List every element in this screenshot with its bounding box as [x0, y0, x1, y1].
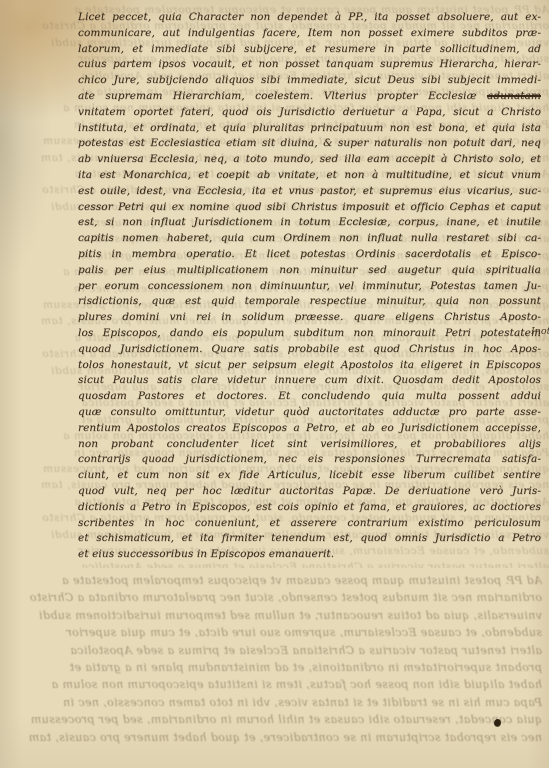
manuscript-line: quod vult, neq per hoc læditur auctorita…: [78, 484, 541, 500]
manuscript-line: plures domini vni rei in solidum præesse…: [78, 310, 541, 326]
manuscript-line: non probant concludenter licet sint veri…: [78, 437, 541, 453]
manuscript-line: ciunt, et cum non sit ex fide Articulus,…: [78, 468, 541, 484]
manuscript-line: tolos honestauit, vt sicut per seipsum e…: [78, 358, 541, 374]
manuscript-line: risdictionis, quæ est quid temporale res…: [78, 294, 541, 310]
manuscript-line: contrarijs quoad jurisdictionem, nec eis…: [78, 452, 541, 468]
manuscript-line: chico Jure, subijciendo aliquos sibi imm…: [78, 73, 541, 89]
manuscript-line: et eius successoribus in Episcopos emana…: [78, 547, 541, 563]
manuscript-line: ita est Monarchica, et coepit ab vnitate…: [78, 168, 541, 184]
manuscript-page: Ad PP. potest iniustum quam posse causam…: [0, 0, 549, 768]
bleedthrough-line: vniuersalis, quia ad totius reuocantur, …: [8, 607, 542, 624]
struck-out-word: adunatam: [487, 90, 541, 102]
manuscript-line: ate supremam Hierarchiam, coelestem. Vlt…: [78, 89, 541, 105]
bleedthrough-line: quia concedat, reseruato sibi causas et …: [8, 711, 542, 728]
manuscript-line: vnitatem oportet fateri, quod ois Jurisd…: [78, 105, 541, 121]
ink-blot: [494, 719, 501, 727]
bleedthrough-line: probant superioritatem in ordinationis, …: [8, 659, 542, 676]
bleedthrough-line: ordinariam nec sit mundus potest censend…: [8, 589, 542, 606]
manuscript-line: instituta, et ordinata, et quia pluralit…: [78, 121, 541, 137]
bleedthrough-line: nec eis reprobat scripturam in se contra…: [8, 729, 542, 746]
manuscript-text-block: Licet peccet, quia Character non depende…: [78, 10, 541, 563]
manuscript-line: communicare, aut indulgentias facere, It…: [78, 26, 541, 42]
manuscript-line: per eorum concessionem non diminuuntur, …: [78, 279, 541, 295]
manuscript-line: rentium Apostolos creatos Episcopos a Pe…: [78, 421, 541, 437]
manuscript-line: et schismaticum, et ita firmiter tenendu…: [78, 531, 541, 547]
manuscript-line: est, si non influat Jurisdictionem in to…: [78, 215, 541, 231]
bleedthrough-line: habet aliquid sibi non posse hoc factus,…: [8, 676, 542, 693]
manuscript-line: pitis in membra operatio. Et licet potes…: [78, 247, 541, 263]
manuscript-line: capitis nomen haberet, quia cum Ordinem …: [78, 231, 541, 247]
manuscript-line: latorum, et immediate sibi subijcere, et…: [78, 42, 541, 58]
verso-bleedthrough-block: Ad PP. potest iniustum quam posse causam…: [8, 572, 542, 746]
bleedthrough-line: alteri tenetur pastor vicarius a Christi…: [8, 642, 542, 659]
manuscript-line: potestas est Ecclesiastica etiam sit diu…: [78, 136, 541, 152]
manuscript-line: cessor Petri qui ex nomine quod sibi Chr…: [78, 200, 541, 216]
manuscript-line: Licet peccet, quia Character non depende…: [78, 10, 541, 26]
manuscript-line: scribentes in hoc conueniunt, et asserer…: [78, 516, 541, 532]
manuscript-line: sicut Paulus satis clare videtur innuere…: [78, 373, 541, 389]
bleedthrough-line: Papa cum his in se tradidit et si tantas…: [8, 694, 542, 711]
manuscript-line: quoad Jurisdictionem. Quare satis probab…: [78, 342, 541, 358]
manuscript-line: los Episcopos, dando eis populum subditu…: [78, 326, 541, 342]
manuscript-line: quosdam Pastores et doctores. Et conclud…: [78, 389, 541, 405]
manuscript-line: palis per eius multiplicationem non minu…: [78, 263, 541, 279]
bleedthrough-line: subdendo, et causae Ecclesiarum, supremo…: [8, 624, 542, 641]
margin-note: Inot: [531, 326, 549, 337]
bleedthrough-line: Ad PP. potest iniustum quam posse causam…: [8, 572, 542, 589]
manuscript-line: quæ consulto omittuntur, videtur quòd au…: [78, 405, 541, 421]
manuscript-line: est ouile, idest, vna Ecclesia, ita et v…: [78, 184, 541, 200]
manuscript-line: dictionis a Petro in Episcopos, est cois…: [78, 500, 541, 516]
manuscript-line: cuius partem ipsos vocauit, et non posse…: [78, 57, 541, 73]
manuscript-line: ab vniuersa Ecclesia, neq, a toto mundo,…: [78, 152, 541, 168]
